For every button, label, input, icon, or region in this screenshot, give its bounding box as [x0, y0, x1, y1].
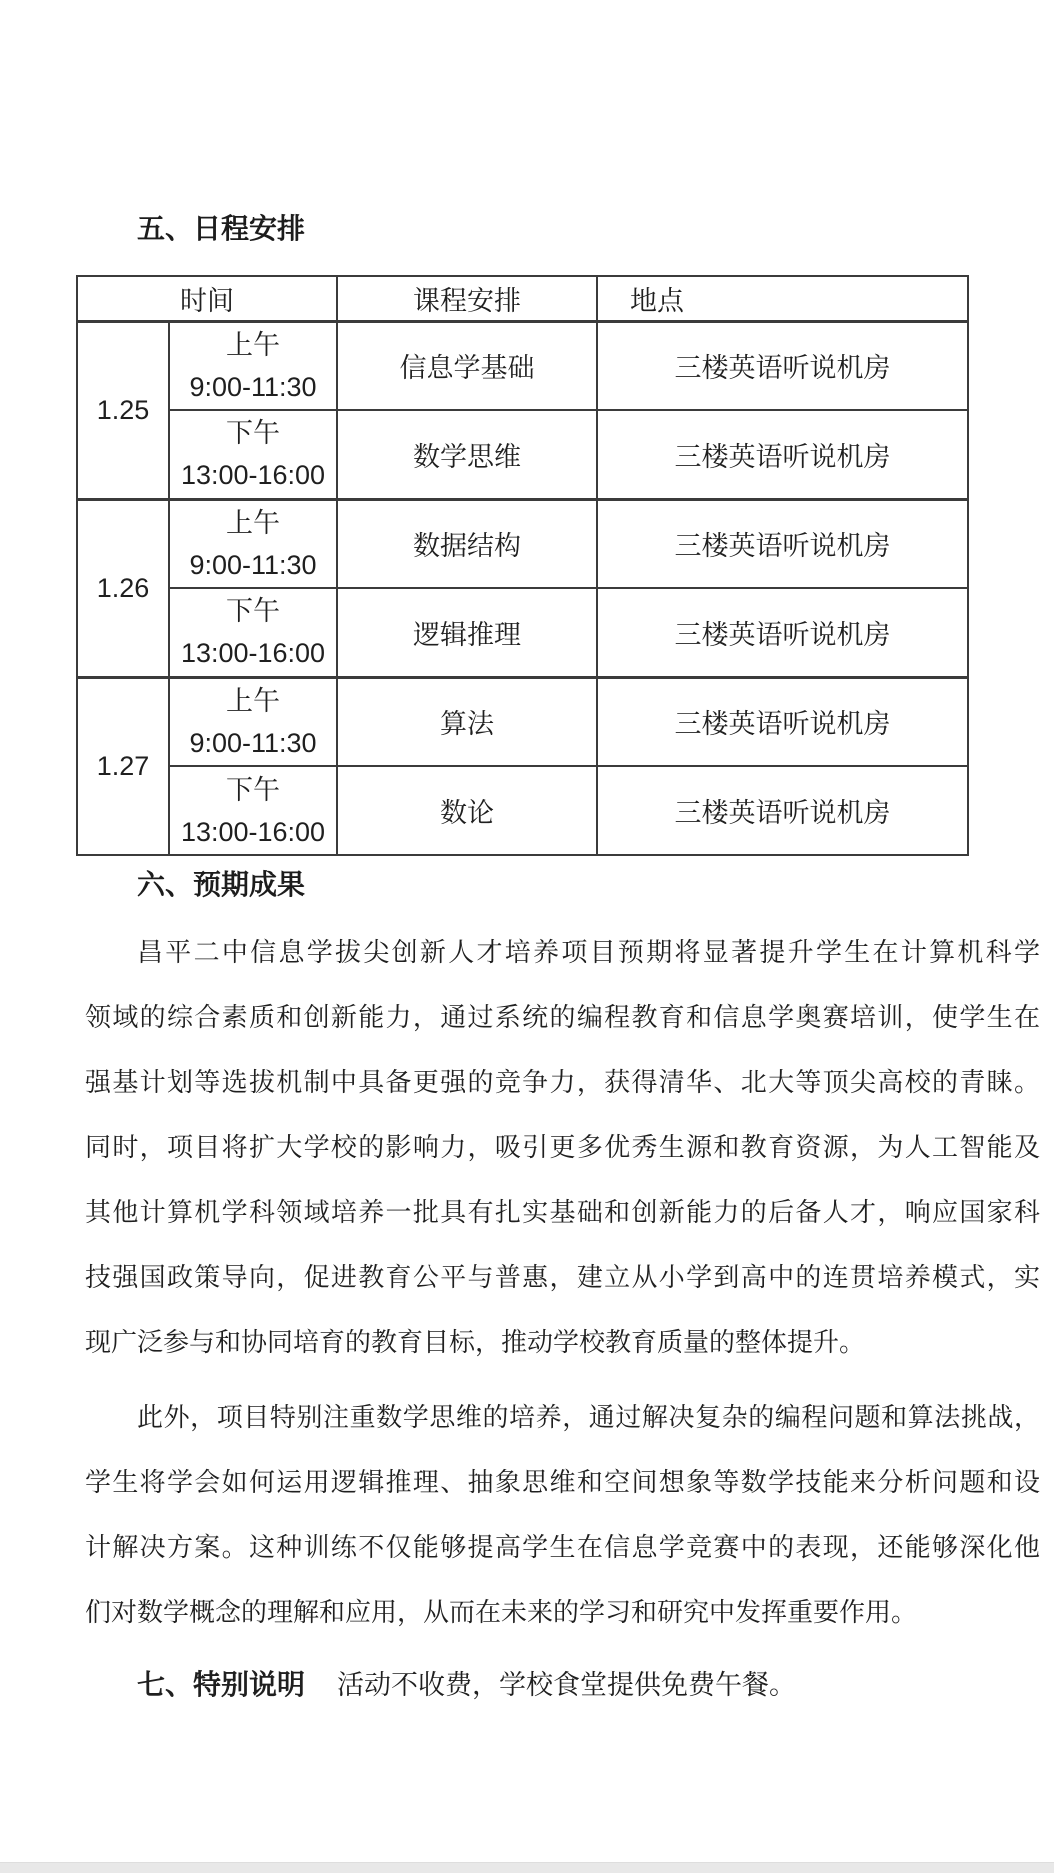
- column-header-course: 课程安排: [337, 276, 597, 321]
- session-hours: 13:00-16:00: [170, 632, 336, 674]
- paragraph-line: 计解决方案。这种训练不仅能够提高学生在信息学竞赛中的表现，还能够深化他: [85, 1515, 1040, 1580]
- section-heading-outcomes: 六、预期成果: [137, 868, 305, 902]
- session-period: 下午: [170, 412, 336, 454]
- column-header-time: 时间: [77, 276, 337, 321]
- outcomes-paragraph-1: 昌平二中信息学拔尖创新人才培养项目预期将显著提升学生在计算机科学领域的综合素质和…: [85, 920, 1040, 1375]
- section-heading-notes: 七、特别说明: [137, 1669, 305, 1700]
- paragraph-line: 现广泛参与和协同培育的教育目标，推动学校教育质量的整体提升。: [85, 1310, 1040, 1375]
- schedule-row: 下午13:00-16:00数论三楼英语听说机房: [77, 766, 968, 855]
- paragraph-line: 学生将学会如何运用逻辑推理、抽象思维和空间想象等数学技能来分析问题和设: [85, 1450, 1040, 1515]
- session-time-cell: 上午9:00-11:30: [169, 321, 337, 410]
- location-cell: 三楼英语听说机房: [597, 410, 968, 499]
- special-notes-line: 七、特别说明活动不收费，学校食堂提供免费午餐。: [137, 1668, 796, 1702]
- bottom-edge-bar: [0, 1862, 1054, 1873]
- course-cell: 数据结构: [337, 499, 597, 588]
- location-cell: 三楼英语听说机房: [597, 588, 968, 677]
- paragraph-line: 强基计划等选拔机制中具备更强的竞争力，获得清华、北大等顶尖高校的青睐。: [85, 1050, 1040, 1115]
- schedule-row: 1.25上午9:00-11:30信息学基础三楼英语听说机房: [77, 321, 968, 410]
- course-cell: 数学思维: [337, 410, 597, 499]
- location-cell: 三楼英语听说机房: [597, 677, 968, 766]
- section-heading-schedule: 五、日程安排: [137, 212, 305, 246]
- session-period: 上午: [170, 502, 336, 544]
- course-cell: 算法: [337, 677, 597, 766]
- session-period: 下午: [170, 590, 336, 632]
- date-cell: 1.25: [77, 321, 169, 499]
- paragraph-line: 技强国政策导向，促进教育公平与普惠，建立从小学到高中的连贯培养模式，实: [85, 1245, 1040, 1310]
- paragraph-line: 昌平二中信息学拔尖创新人才培养项目预期将显著提升学生在计算机科学: [85, 920, 1040, 985]
- session-period: 上午: [170, 680, 336, 722]
- column-header-location: 地点: [597, 276, 968, 321]
- course-cell: 数论: [337, 766, 597, 855]
- notes-text: 活动不收费，学校食堂提供免费午餐。: [337, 1670, 796, 1700]
- session-hours: 13:00-16:00: [170, 811, 336, 853]
- date-cell: 1.26: [77, 499, 169, 677]
- schedule-row: 下午13:00-16:00数学思维三楼英语听说机房: [77, 410, 968, 499]
- session-hours: 9:00-11:30: [170, 722, 336, 764]
- session-time-cell: 下午13:00-16:00: [169, 588, 337, 677]
- paragraph-line: 其他计算机学科领域培养一批具有扎实基础和创新能力的后备人才，响应国家科: [85, 1180, 1040, 1245]
- session-period: 下午: [170, 769, 336, 811]
- session-time-cell: 下午13:00-16:00: [169, 766, 337, 855]
- session-time-cell: 上午9:00-11:30: [169, 499, 337, 588]
- session-time-cell: 下午13:00-16:00: [169, 410, 337, 499]
- paragraph-line: 此外，项目特别注重数学思维的培养，通过解决复杂的编程问题和算法挑战，: [85, 1385, 1040, 1450]
- course-cell: 信息学基础: [337, 321, 597, 410]
- course-cell: 逻辑推理: [337, 588, 597, 677]
- paragraph-line: 们对数学概念的理解和应用，从而在未来的学习和研究中发挥重要作用。: [85, 1580, 1040, 1645]
- location-cell: 三楼英语听说机房: [597, 499, 968, 588]
- schedule-header-row: 时间 课程安排 地点: [77, 276, 968, 321]
- schedule-row: 下午13:00-16:00逻辑推理三楼英语听说机房: [77, 588, 968, 677]
- schedule-row: 1.27上午9:00-11:30算法三楼英语听说机房: [77, 677, 968, 766]
- schedule-row: 1.26上午9:00-11:30数据结构三楼英语听说机房: [77, 499, 968, 588]
- location-cell: 三楼英语听说机房: [597, 766, 968, 855]
- location-cell: 三楼英语听说机房: [597, 321, 968, 410]
- session-period: 上午: [170, 324, 336, 366]
- session-hours: 13:00-16:00: [170, 454, 336, 496]
- outcomes-paragraph-2: 此外，项目特别注重数学思维的培养，通过解决复杂的编程问题和算法挑战，学生将学会如…: [85, 1385, 1040, 1645]
- paragraph-line: 领域的综合素质和创新能力，通过系统的编程教育和信息学奥赛培训，使学生在: [85, 985, 1040, 1050]
- session-hours: 9:00-11:30: [170, 544, 336, 586]
- schedule-table: 时间 课程安排 地点 1.25上午9:00-11:30信息学基础三楼英语听说机房…: [76, 275, 969, 856]
- document-page: 五、日程安排 时间 课程安排 地点 1.25上午9:00-11:30信息学基础三…: [0, 0, 1054, 1873]
- date-cell: 1.27: [77, 677, 169, 855]
- session-time-cell: 上午9:00-11:30: [169, 677, 337, 766]
- session-hours: 9:00-11:30: [170, 366, 336, 408]
- paragraph-line: 同时，项目将扩大学校的影响力，吸引更多优秀生源和教育资源，为人工智能及: [85, 1115, 1040, 1180]
